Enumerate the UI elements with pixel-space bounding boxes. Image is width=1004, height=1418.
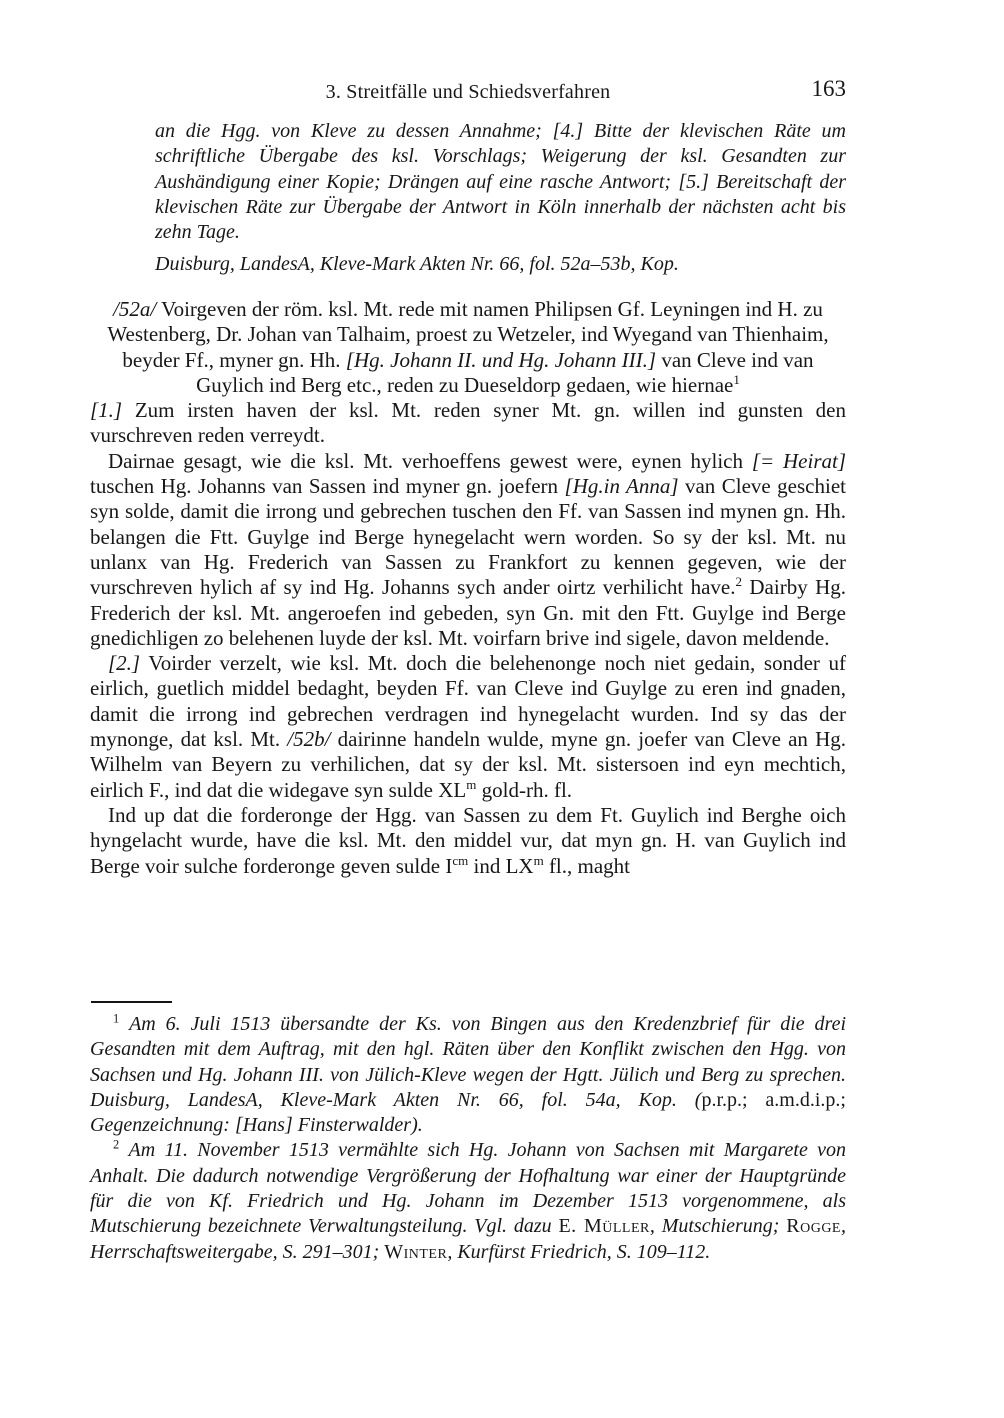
italic-text: Gegenzeichnung: [Hans] Finsterwalder). bbox=[90, 1114, 423, 1136]
footnotes-section: 1 Am 6. Juli 1513 übersandte der Ks. von… bbox=[90, 1001, 846, 1265]
italic-text: /52b/ bbox=[287, 727, 330, 751]
small-caps-text: E. Müller bbox=[558, 1215, 649, 1237]
italic-text: [1.] bbox=[90, 398, 122, 422]
footnote-1: 1 Am 6. Juli 1513 übersandte der Ks. von… bbox=[90, 1012, 846, 1138]
superscript: 2 bbox=[113, 1138, 119, 1152]
paragraph-item-1: [1.] Zum irsten haven der ksl. Mt. reden… bbox=[90, 398, 846, 449]
regest-summary: an die Hgg. von Kleve zu dessen Annahme;… bbox=[155, 119, 846, 245]
main-text: /52a/ Voirgeven der röm. ksl. Mt. rede m… bbox=[90, 297, 846, 879]
paragraph-forderonge: Ind up dat die forderonge der Hgg. van S… bbox=[90, 803, 846, 879]
page-number: 163 bbox=[812, 77, 847, 101]
superscript: 2 bbox=[736, 574, 743, 589]
small-caps-text: Rogge bbox=[786, 1215, 841, 1237]
footnote-2: 2 Am 11. November 1513 vermählte sich Hg… bbox=[90, 1138, 846, 1264]
italic-text: , Kurfürst Friedrich, S. 109–112. bbox=[447, 1241, 710, 1263]
small-caps-text: Winter bbox=[384, 1241, 447, 1263]
superscript: m bbox=[466, 777, 476, 792]
page-header: 3. Streitfälle und Schiedsverfahren 163 bbox=[90, 80, 846, 104]
italic-text: [Hg.in Anna] bbox=[565, 474, 679, 498]
archival-source: Duisburg, LandesA, Kleve-Mark Akten Nr. … bbox=[155, 252, 846, 277]
superscript: m bbox=[534, 853, 544, 868]
italic-text: Am 6. Juli 1513 übersandte der Ks. von B… bbox=[90, 1013, 846, 1111]
superscript: 1 bbox=[113, 1011, 119, 1025]
book-page: 3. Streitfälle und Schiedsverfahren 163 … bbox=[0, 0, 1004, 1418]
regest-block: an die Hgg. von Kleve zu dessen Annahme;… bbox=[155, 119, 846, 278]
paragraph-dairnae: Dairnae gesagt, wie die ksl. Mt. verhoef… bbox=[90, 449, 846, 651]
paragraph-item-2: [2.] Voirder verzelt, wie ksl. Mt. doch … bbox=[90, 651, 846, 803]
chapter-running-head: 3. Streitfälle und Schiedsverfahren bbox=[90, 80, 846, 104]
italic-text: [Hg. Johann II. und Hg. Johann III.] bbox=[346, 348, 656, 372]
italic-text: [2.] bbox=[108, 651, 140, 675]
footnote-separator-rule bbox=[91, 1001, 172, 1003]
paragraph-opening: /52a/ Voirgeven der röm. ksl. Mt. rede m… bbox=[90, 297, 846, 398]
superscript: cm bbox=[452, 853, 468, 868]
italic-text: , Mutschierung; bbox=[650, 1215, 786, 1237]
italic-text: /52a/ bbox=[113, 297, 156, 321]
italic-text: [= Heirat] bbox=[752, 449, 846, 473]
superscript: 1 bbox=[733, 372, 740, 387]
